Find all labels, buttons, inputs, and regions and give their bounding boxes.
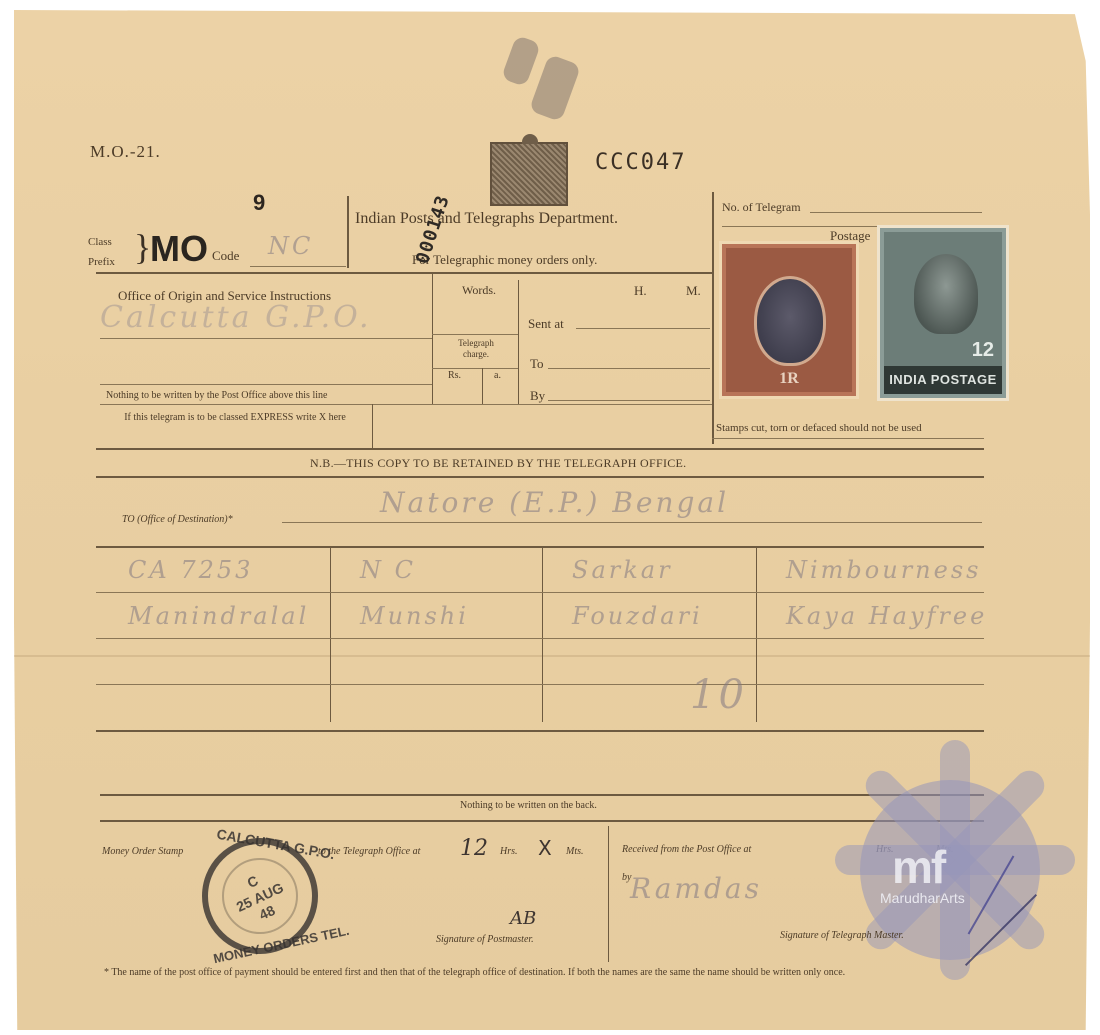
watermark-mf: mf: [892, 840, 944, 894]
hrs-label: Hrs.: [500, 846, 518, 857]
telegraph-master-signature-label: Signature of Telegraph Master.: [780, 930, 904, 941]
rs-label: Rs.: [448, 370, 461, 381]
grid-cell: Sarkar: [572, 556, 786, 584]
telegraph-charge-label: Telegraph charge.: [446, 338, 506, 360]
grid-cell: Manindralal: [128, 602, 360, 630]
grid-cell: Kaya Hayfree: [786, 602, 1012, 630]
postmaster-initials: AB: [510, 908, 536, 929]
form-number: M.O.-21.: [90, 142, 161, 162]
grid-cell: CA 7253: [128, 556, 360, 584]
grid-cell: Nimbourness: [786, 556, 1012, 584]
nothing-back-label: Nothing to be written on the back.: [460, 800, 597, 811]
express-label: If this telegram is to be classed EXPRES…: [110, 412, 360, 424]
words-label: Words.: [462, 283, 496, 298]
watermark-brand: MarudharArts: [880, 890, 965, 906]
nothing-written-label: Nothing to be written by the Post Office…: [106, 390, 327, 401]
hrs-value: 12: [460, 836, 488, 861]
postage-label: Postage: [830, 228, 870, 244]
stamps-note: Stamps cut, torn or defaced should not b…: [716, 422, 922, 434]
mo-stamp-label: Money Order Stamp: [102, 846, 183, 857]
fold-crease: [14, 655, 1090, 657]
stamp-gandhi-label: INDIA POSTAGE: [884, 366, 1002, 394]
class-prefix-value: MO: [150, 228, 208, 270]
h-label: H.: [634, 283, 647, 299]
code-handwritten: NC: [268, 232, 313, 260]
grid-cell: N C: [360, 556, 572, 584]
subtitle: For Telegraphic money orders only.: [412, 252, 597, 268]
stamp-1r-value: 1R: [726, 370, 852, 388]
gandhi-portrait-icon: [914, 254, 978, 334]
department-title: Indian Posts and Telegraphs Department.: [355, 210, 618, 228]
by-label: By: [530, 388, 545, 404]
received-label: Received from the Post Office at: [622, 844, 751, 855]
footnote: * The name of the post office of payment…: [104, 966, 1004, 980]
royal-crest-icon: [490, 142, 568, 206]
to-destination-label: TO (Office of Destination)*: [122, 514, 233, 525]
stamp-gandhi-value: 12: [972, 339, 994, 362]
king-portrait-icon: [754, 276, 826, 366]
ink-smudge: [508, 38, 598, 118]
mts-value: X: [538, 836, 552, 860]
m-label: M.: [686, 283, 701, 299]
amount-handwritten: 10: [690, 672, 747, 718]
mts-label: Mts.: [566, 846, 584, 857]
by-handwritten: Ramdas: [630, 872, 762, 905]
grid-cell: Fouzdari: [572, 602, 786, 630]
telegram-no-label: No. of Telegram: [722, 200, 801, 215]
serial-number: CCC047: [595, 150, 686, 175]
number-nine: 9: [253, 190, 265, 216]
a-label: a.: [494, 370, 501, 381]
stamp-gandhi-12: 12 INDIA POSTAGE: [880, 228, 1006, 398]
class-prefix-label: Class Prefix: [88, 232, 115, 272]
nb-notice: N.B.—THIS COPY TO BE RETAINED BY THE TEL…: [310, 456, 686, 471]
sent-at-label: Sent at: [528, 316, 564, 332]
brace-glyph: }: [134, 226, 151, 268]
code-label: Code: [212, 248, 239, 264]
postmark-calcutta: CALCUTTA G.P.O. C 25 AUG 48 MONEY ORDERS…: [202, 838, 318, 954]
stamp-king-george-1r: 1R: [722, 244, 856, 396]
office-origin-handwritten: Calcutta G.P.O.: [100, 300, 372, 335]
to-label: To: [530, 356, 544, 372]
to-destination-handwritten: Natore (E.P.) Bengal: [380, 486, 729, 519]
grid-cell: Munshi: [360, 602, 572, 630]
postmaster-signature-label: Signature of Postmaster.: [436, 934, 534, 945]
